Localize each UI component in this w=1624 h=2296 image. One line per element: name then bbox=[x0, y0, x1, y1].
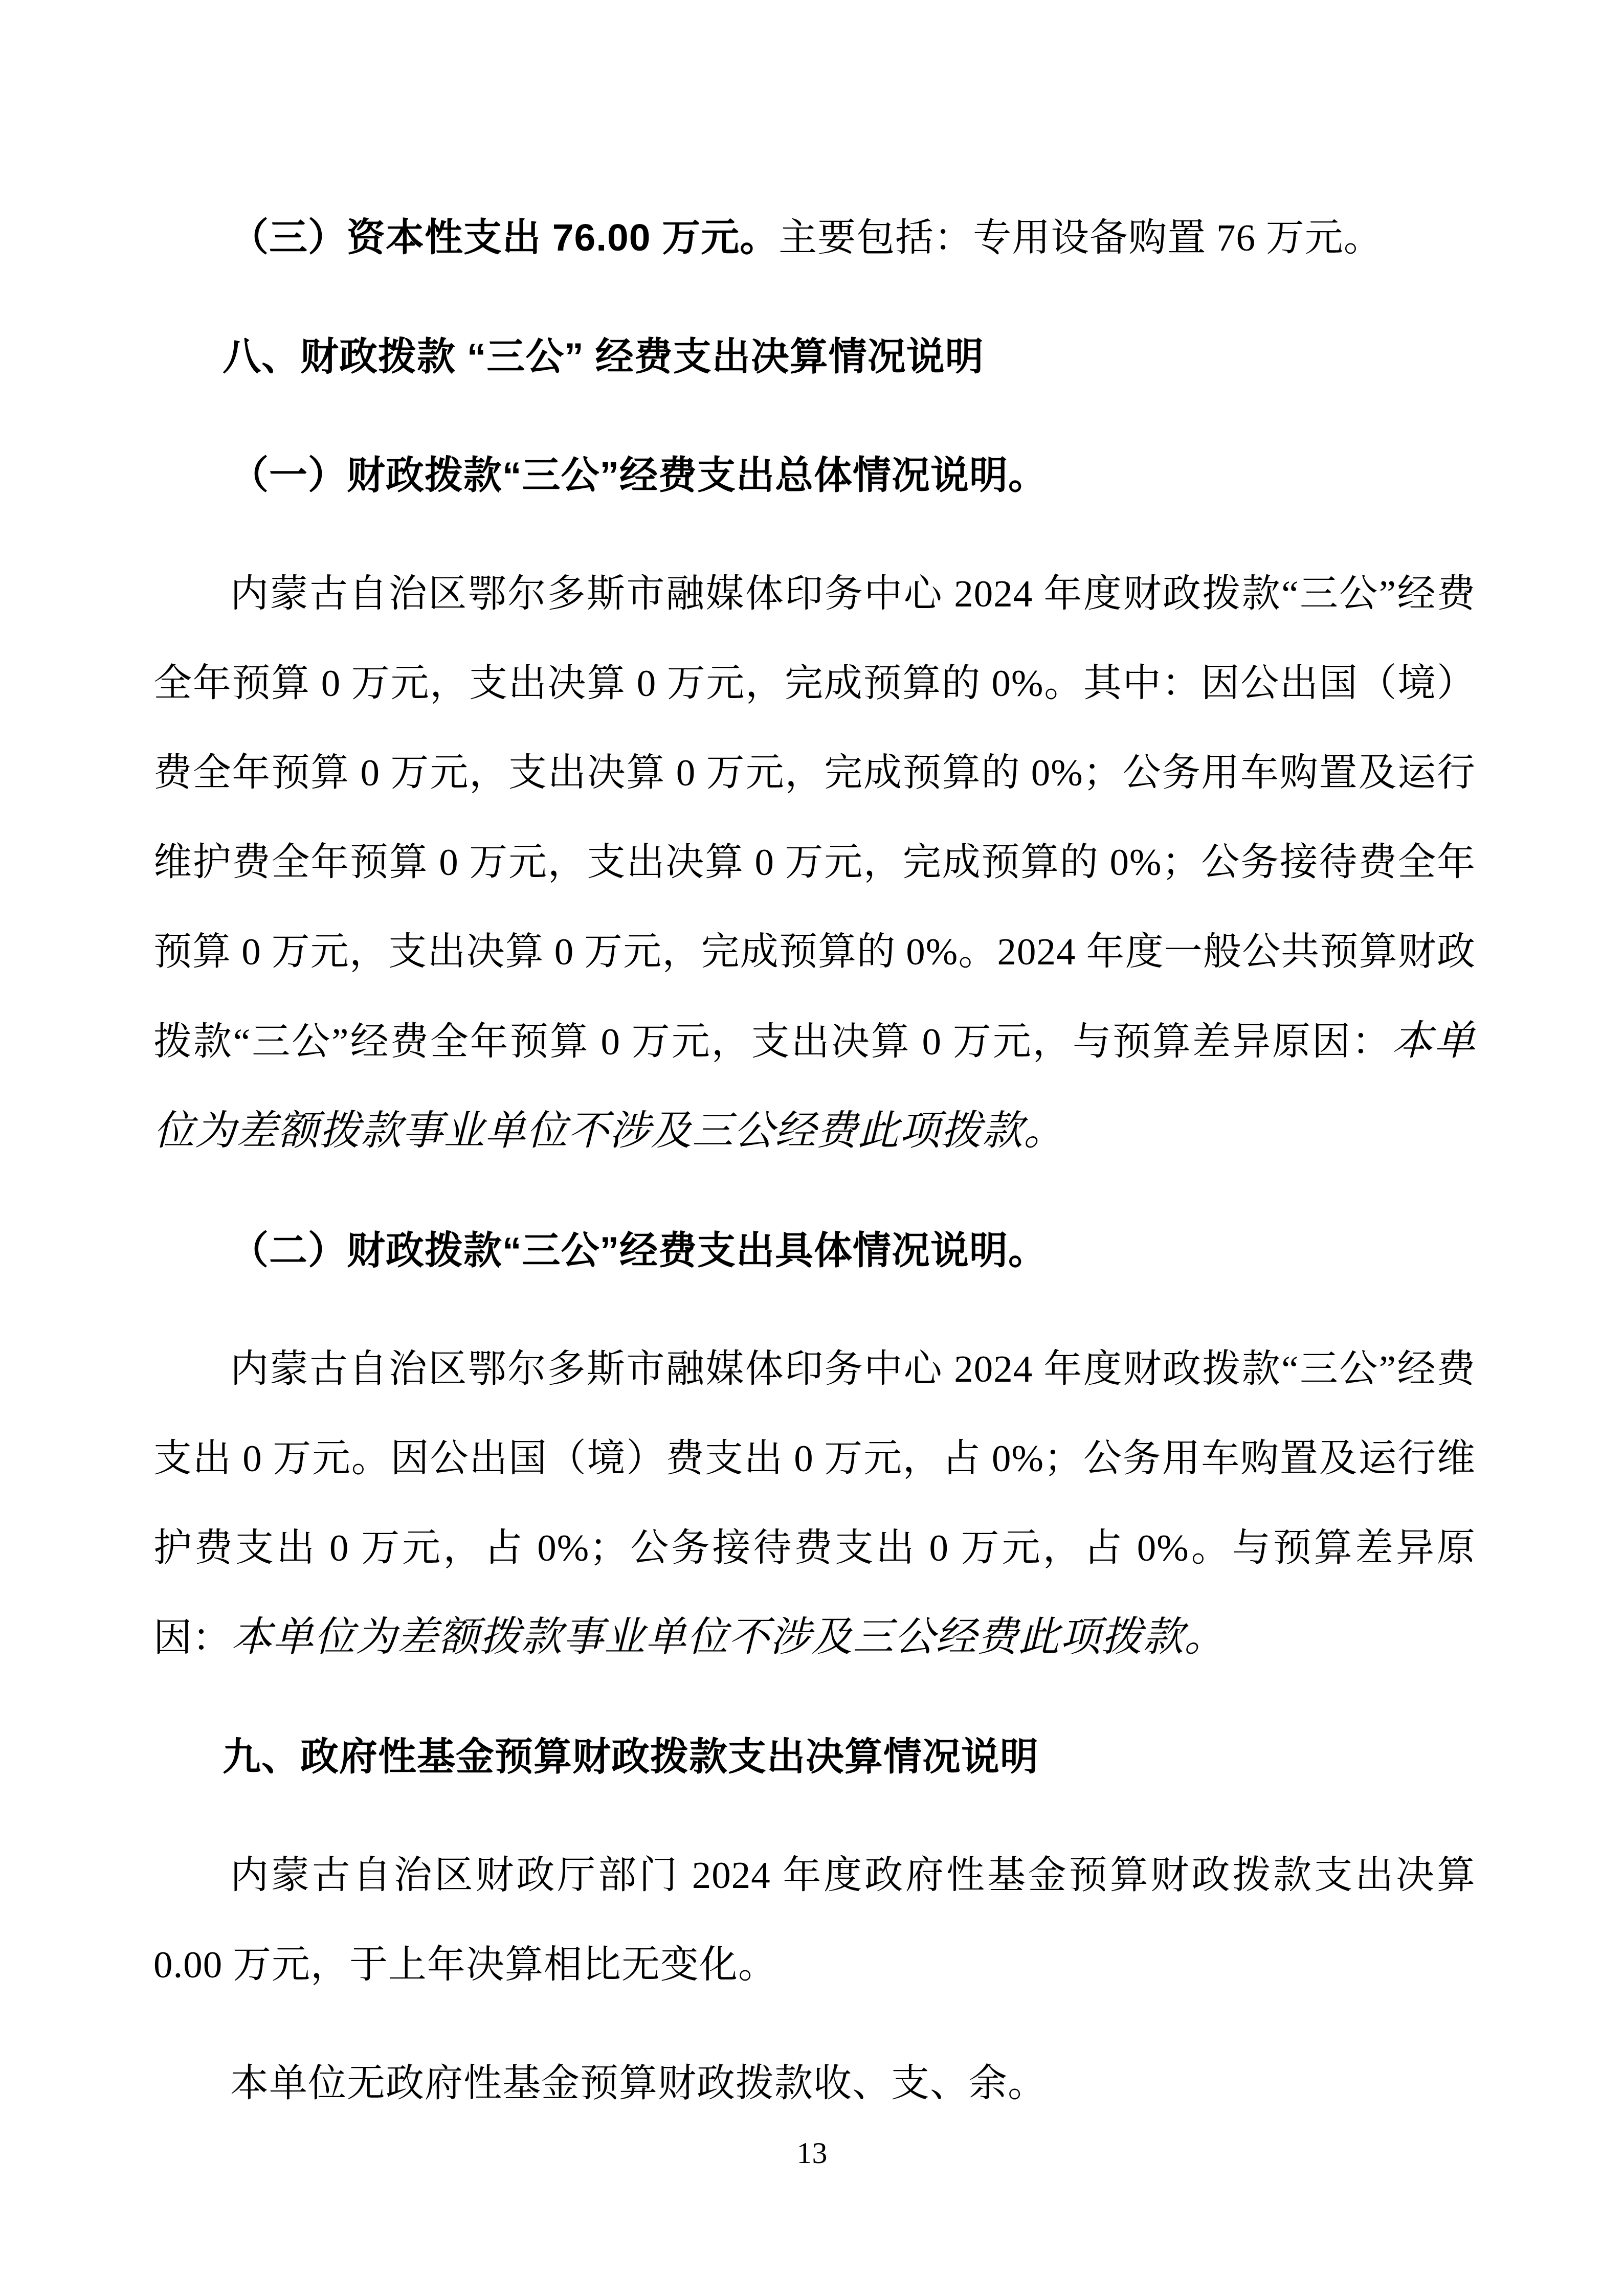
page-number: 13 bbox=[0, 2135, 1624, 2171]
heading-section-nine: 九、政府性基金预算财政拨款支出决算情况说明 bbox=[153, 1712, 1476, 1802]
paragraph-no-fund: 本单位无政府性基金预算财政拨款收、支、余。 bbox=[153, 2039, 1476, 2128]
heading-subsection-one: （一）财政拨款“三公”经费支出总体情况说明。 bbox=[153, 431, 1476, 520]
capital-expenditure-bold-run: （三）资本性支出 76.00 万元。 bbox=[230, 216, 778, 259]
three-public-overall-normal-run: 内蒙古自治区鄂尔多斯市融媒体印务中心 2024 年度财政拨款“三公”经费全年预算… bbox=[153, 573, 1476, 1063]
paragraph-government-fund: 内蒙古自治区财政厅部门 2024 年度政府性基金预算财政拨款支出决算 0.00 … bbox=[153, 1831, 1476, 2010]
paragraph-three-public-overall: 内蒙古自治区鄂尔多斯市融媒体印务中心 2024 年度财政拨款“三公”经费全年预算… bbox=[153, 549, 1476, 1177]
document-body: （三）资本性支出 76.00 万元。主要包括：专用设备购置 76 万元。 八、财… bbox=[153, 193, 1476, 2157]
three-public-detail-kai-run: 本单位为差额拨款事业单位不涉及三公经费此项拨款。 bbox=[231, 1615, 1226, 1660]
heading-section-eight: 八、财政拨款 “三公” 经费支出决算情况说明 bbox=[153, 312, 1476, 401]
paragraph-three-public-detail: 内蒙古自治区鄂尔多斯市融媒体印务中心 2024 年度财政拨款“三公”经费支出 0… bbox=[153, 1324, 1476, 1683]
heading-subsection-two: （二）财政拨款“三公”经费支出具体情况说明。 bbox=[153, 1206, 1476, 1295]
three-public-detail-normal-run: 内蒙古自治区鄂尔多斯市融媒体印务中心 2024 年度财政拨款“三公”经费支出 0… bbox=[153, 1348, 1476, 1659]
paragraph-capital-expenditure: （三）资本性支出 76.00 万元。主要包括：专用设备购置 76 万元。 bbox=[153, 193, 1476, 283]
document-page: { "page": { "number": "13" }, "content":… bbox=[0, 0, 1624, 2296]
capital-expenditure-normal-run: 主要包括：专用设备购置 76 万元。 bbox=[778, 217, 1383, 259]
